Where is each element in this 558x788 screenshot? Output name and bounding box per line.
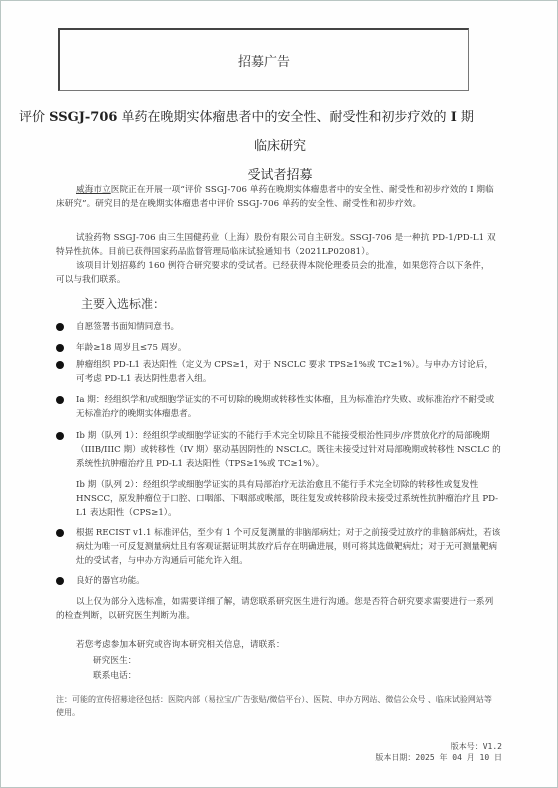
criteria-item: 肿瘤组织 PD-L1 表达阳性（定义为 CPS≥1，对于 NSCLC 要求 TP… — [56, 358, 501, 386]
bullet-icon — [56, 577, 64, 585]
criteria-subitem: Ib 期（队列 2）：经组织学或细胞学证实的具有局部治疗无法治愈且不能行手术完全… — [76, 478, 501, 520]
criteria-item: 自愿签署书面知情同意书。 — [56, 320, 501, 334]
title-prefix: 评价 — [19, 110, 49, 125]
version-info: 版本号：V1.2 版本日期：2025 年 04 月 10 日 — [375, 741, 502, 763]
phone-label: 联系电话： — [93, 669, 293, 683]
closing-paragraph-1: 以上仅为部分入选标准，如需要详细了解，请您联系研究医生进行沟通。您是否符合研究要… — [56, 595, 496, 623]
criteria-item: 根据 RECIST v1.1 标准评估，至少有 1 个可反复测量的非脑部病灶；对… — [56, 526, 501, 568]
criteria-heading: 主要入选标准： — [81, 295, 165, 312]
intro-paragraph-2: 试验药物 SSGJ-706 由三生国健药业（上海）股份有限公司自主研发。SSGJ… — [56, 231, 496, 259]
header-label: 招募广告 — [238, 51, 290, 70]
doctor-label: 研究医生： — [93, 654, 293, 668]
criteria-item: 年龄≥18 周岁且≤75 周岁。 — [56, 341, 501, 355]
bullet-icon — [56, 344, 64, 352]
closing-paragraph-2: 若您考虑参加本研究或咨询本研究相关信息，请联系： — [56, 638, 496, 652]
footnote: 注：可能的宣传招募途径包括：医院内部（易拉宝/广告张贴/微信平台）、医院、申办方… — [56, 693, 496, 719]
study-title-line1: 评价 SSGJ-706 单药在晚期实体瘤患者中的安全性、耐受性和初步疗效的 I … — [13, 106, 549, 125]
bullet-icon — [56, 432, 64, 440]
bullet-icon — [56, 529, 64, 537]
intro-paragraph-1: 威海市立医院正在开展一项“评价 SSGJ-706 单药在晚期实体瘤患者中的安全性… — [56, 183, 496, 211]
bullet-icon — [56, 361, 64, 369]
criteria-item: 良好的器官功能。 — [56, 574, 501, 588]
hospital-name: 威海市立 — [76, 185, 111, 195]
version-date: 版本日期：2025 年 04 月 10 日 — [375, 752, 502, 763]
title-middle: 单药在晚期实体瘤患者中的安全性、耐受性和初步疗效的 — [117, 110, 450, 125]
version-number: 版本号：V1.2 — [375, 741, 502, 752]
intro-p1-text: 医院正在开展一项“评价 SSGJ-706 单药在晚期实体瘤患者中的安全性、耐受性… — [56, 185, 494, 209]
intro-paragraph-3: 该项目计划招募约 160 例符合研究要求的受试者。已经获得本院伦理委员会的批准，… — [56, 259, 496, 287]
title-drug: SSGJ-706 — [49, 110, 117, 125]
bullet-icon — [56, 323, 64, 331]
header-box: 招募广告 — [58, 28, 469, 91]
criteria-item: Ib 期（队列 1）：经组织学或细胞学证实的不能行手术完全切除且不能接受根治性同… — [56, 429, 501, 471]
bullet-icon — [56, 396, 64, 404]
criteria-item: Ia 期：经组织学和/或细胞学证实的不可切除的晚期或转移性实体瘤，且为标准治疗失… — [56, 393, 501, 421]
study-title-line2: 临床研究 — [1, 135, 558, 154]
subtitle: 受试者招募 — [1, 164, 558, 183]
title-suffix: 期 — [457, 110, 474, 125]
document-page: 招募广告 评价 SSGJ-706 单药在晚期实体瘤患者中的安全性、耐受性和初步疗… — [0, 0, 558, 788]
